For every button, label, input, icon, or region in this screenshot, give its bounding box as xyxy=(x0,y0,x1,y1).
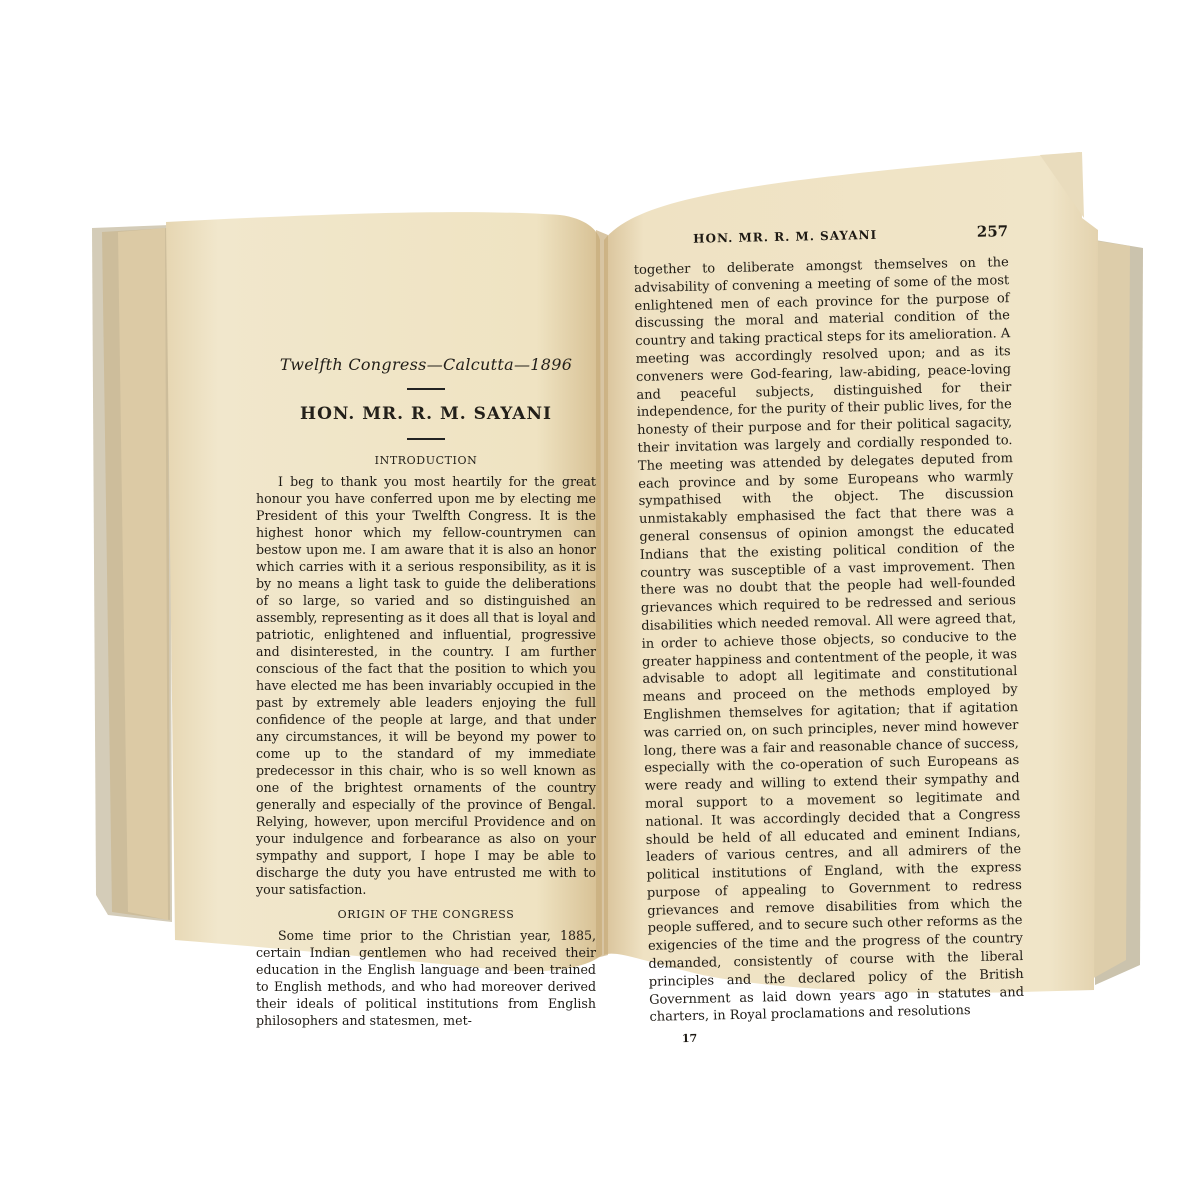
divider xyxy=(407,388,445,390)
continuation-paragraph: together to deliberate amongst themselve… xyxy=(634,254,1025,1027)
open-book: Twelfth Congress—Calcutta—1896 HON. MR. … xyxy=(0,0,1200,1200)
left-page-text: Twelfth Congress—Calcutta—1896 HON. MR. … xyxy=(256,355,596,1029)
introduction-paragraph: I beg to thank you most heartily for the… xyxy=(256,473,596,898)
page-number: 257 xyxy=(977,222,1009,241)
section-heading-origin: ORIGIN OF THE CONGRESS xyxy=(256,908,596,921)
origin-paragraph: Some time prior to the Christian year, 1… xyxy=(256,927,596,1029)
speaker-title: HON. MR. R. M. SAYANI xyxy=(256,404,596,424)
divider xyxy=(407,438,445,440)
right-page-text: HON. MR. R. M. SAYANI 257 together to de… xyxy=(633,222,1025,1046)
section-heading-introduction: INTRODUCTION xyxy=(256,454,596,467)
chapter-header: Twelfth Congress—Calcutta—1896 xyxy=(256,355,596,374)
running-head-title: HON. MR. R. M. SAYANI xyxy=(693,228,877,246)
